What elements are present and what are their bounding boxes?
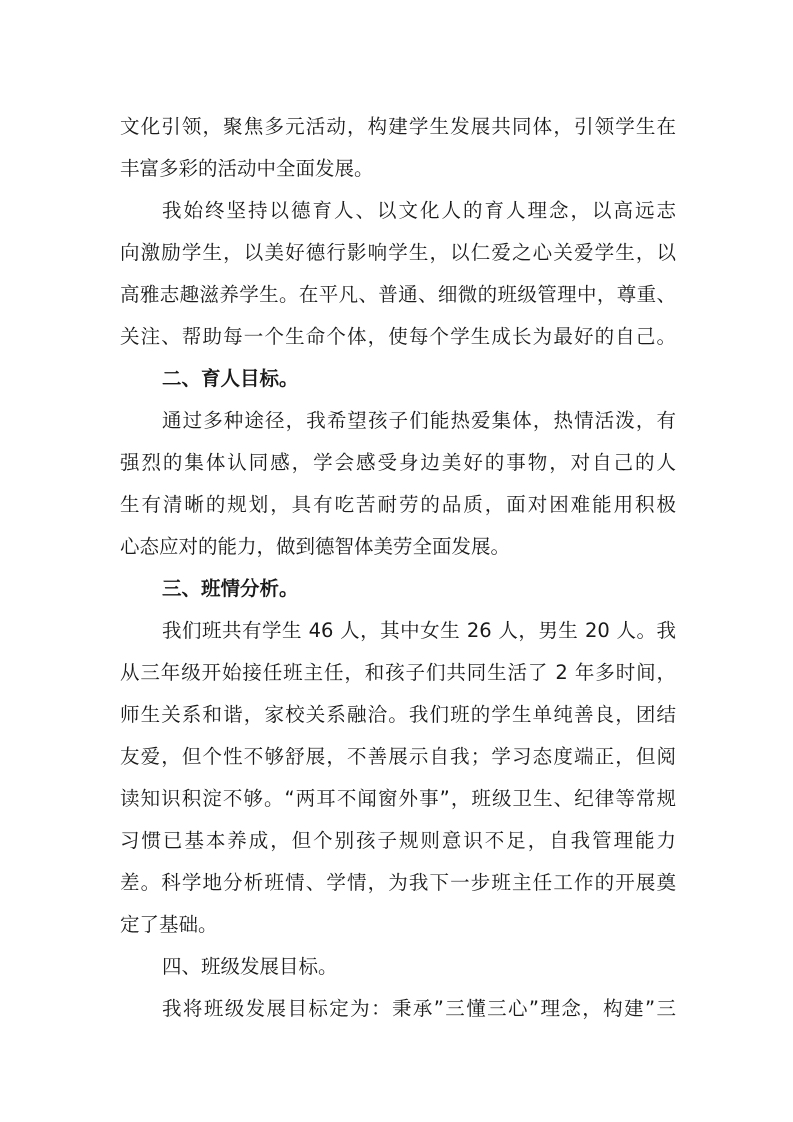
paragraph-line: 从三年级开始接任班主任，和孩子们共同生活了 2 年多时间， <box>120 652 676 694</box>
paragraph-line: 高雅志趣滋养学生。在平凡、普通、细微的班级管理中，尊重、 <box>120 274 676 316</box>
paragraph-line: 强烈的集体认同感，学会感受身边美好的事物，对自己的人 <box>120 442 676 484</box>
section-heading-education-goals: 二、育人目标。 <box>162 358 299 400</box>
paragraph-line: 差。科学地分析班情、学情，为我下一步班主任工作的开展奠 <box>120 862 676 904</box>
section-heading-class-analysis: 三、班情分析。 <box>162 568 299 610</box>
paragraph-line: 定了基础。 <box>120 904 218 946</box>
paragraph-line: 我们班共有学生 46 人，其中女生 26 人，男生 20 人。我 <box>162 610 676 652</box>
section-heading-class-development-goals: 四、班级发展目标。 <box>162 946 338 988</box>
paragraph-line: 心态应对的能力，做到德智体美劳全面发展。 <box>120 526 510 568</box>
paragraph-line: 习惯已基本养成，但个别孩子规则意识不足，自我管理能力 <box>120 820 676 862</box>
paragraph-line: 师生关系和谐，家校关系融洽。我们班的学生单纯善良，团结 <box>120 694 676 736</box>
paragraph-line: 向激励学生，以美好德行影响学生，以仁爱之心关爱学生，以 <box>120 232 676 274</box>
paragraph-line: 读知识积淀不够。“两耳不闻窗外事”，班级卫生、纪律等常规 <box>120 778 676 820</box>
paragraph-line: 关注、帮助每一个生命个体，使每个学生成长为最好的自己。 <box>120 316 676 358</box>
paragraph-line: 文化引领，聚焦多元活动，构建学生发展共同体，引领学生在 <box>120 106 676 148</box>
paragraph-line: 通过多种途径，我希望孩子们能热爱集体，热情活泼，有 <box>162 400 676 442</box>
paragraph-line: 丰富多彩的活动中全面发展。 <box>120 148 374 190</box>
paragraph-line: 友爱，但个性不够舒展，不善展示自我；学习态度端正，但阅 <box>120 736 676 778</box>
paragraph-line: 我将班级发展目标定为：秉承”三懂三心”理念，构建”三 <box>162 988 676 1030</box>
paragraph-line: 我始终坚持以德育人、以文化人的育人理念，以高远志 <box>162 190 676 232</box>
paragraph-line: 生有清晰的规划，具有吃苦耐劳的品质，面对困难能用积极 <box>120 484 676 526</box>
